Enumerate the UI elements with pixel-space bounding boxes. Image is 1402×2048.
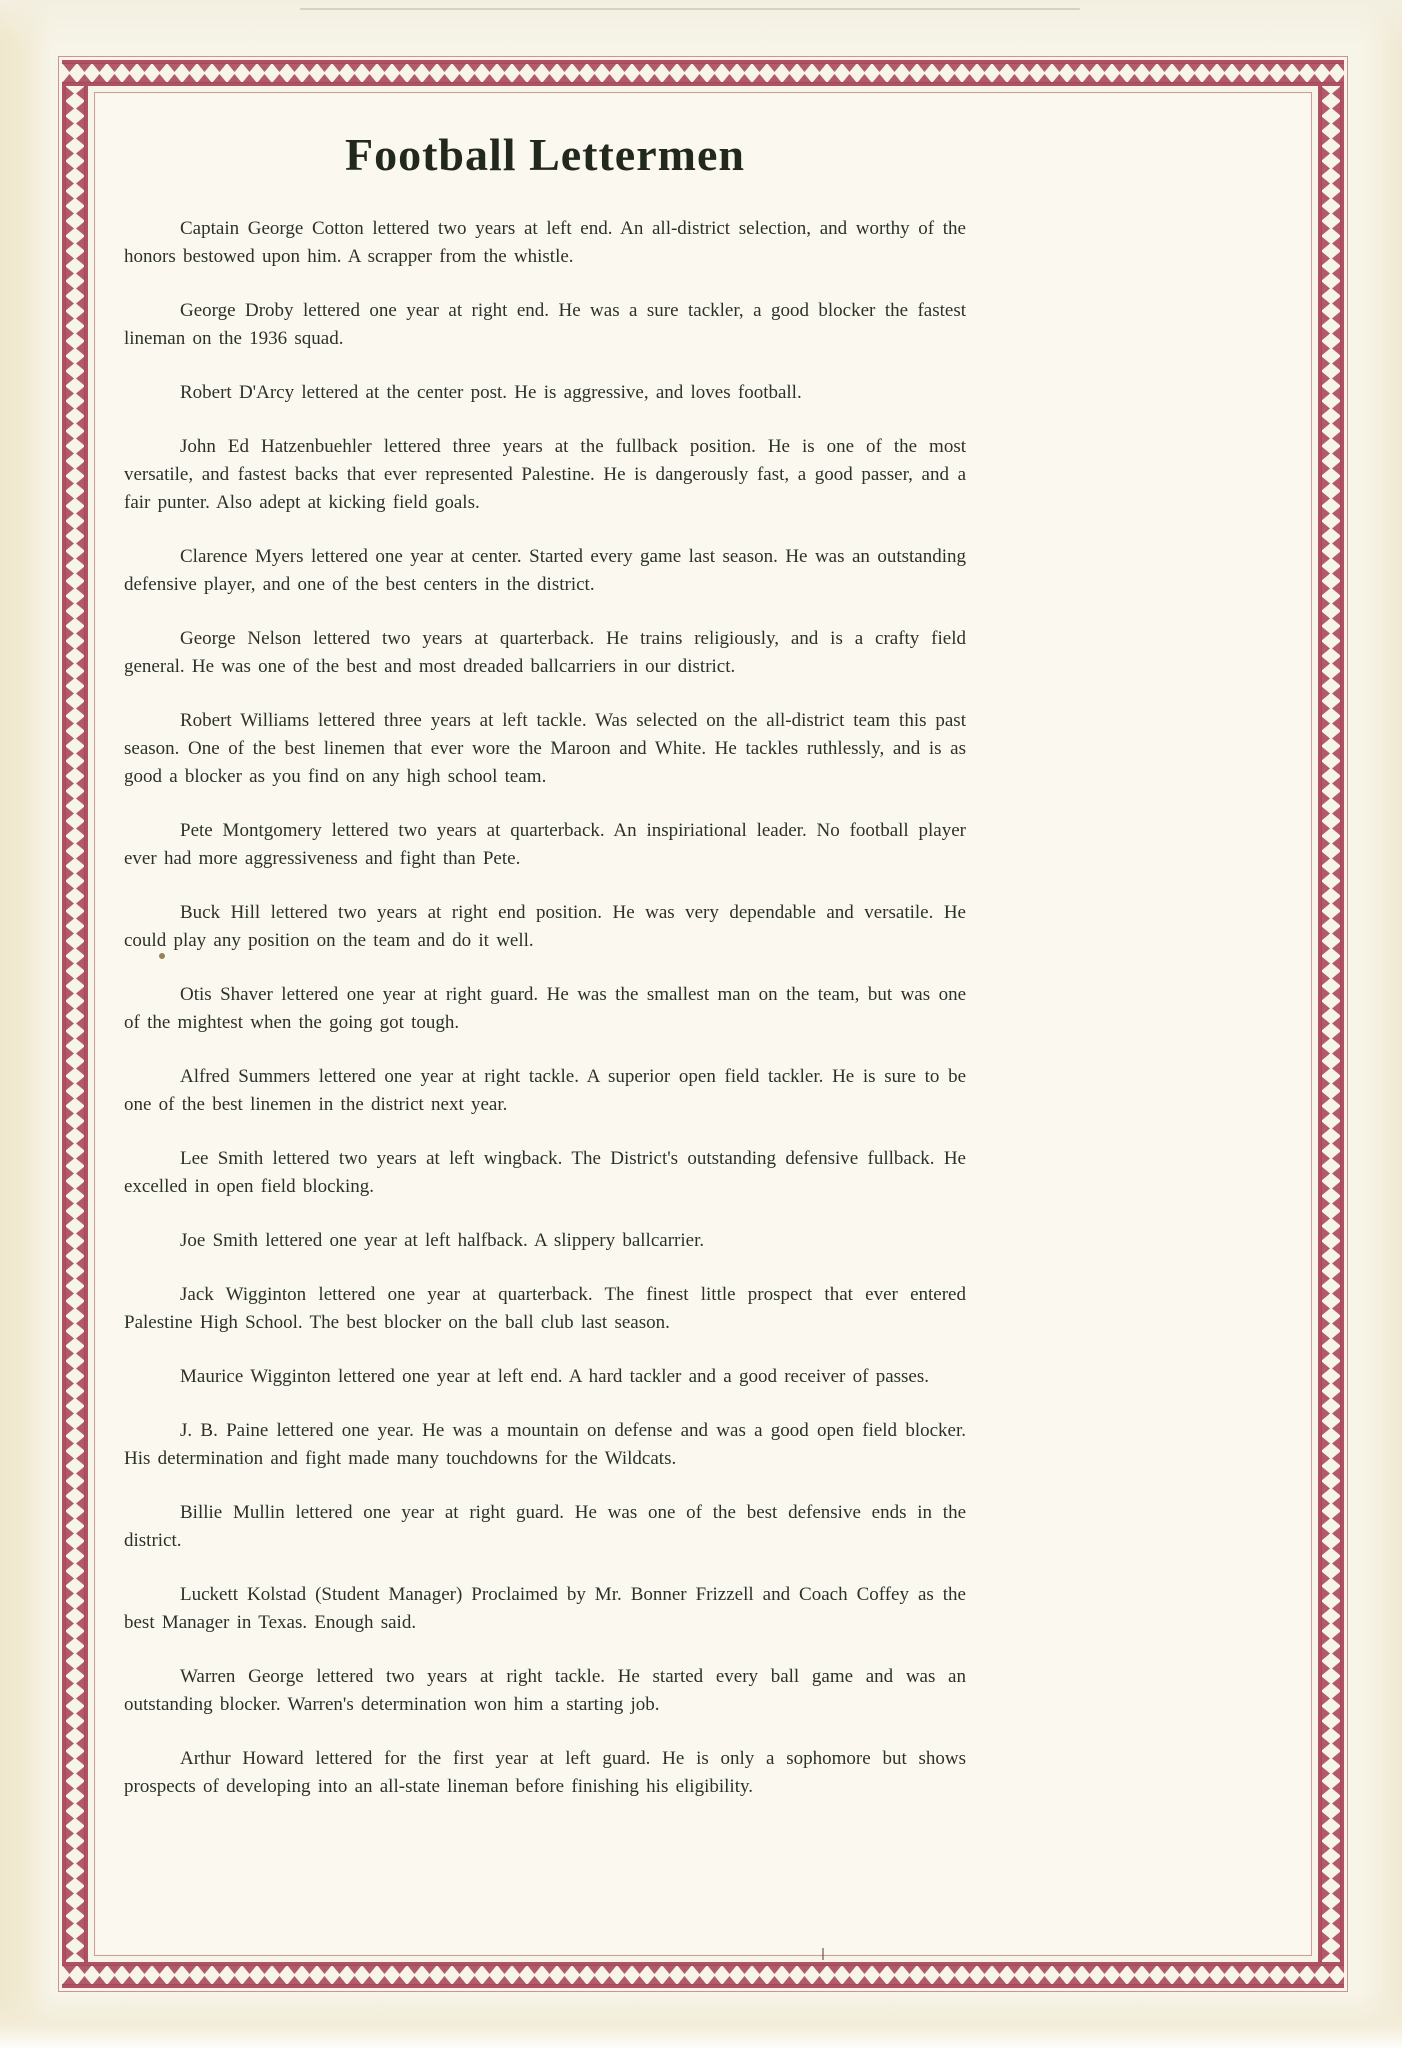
letterman-paragraph-joe-smith: Joe Smith lettered one year at left half…: [124, 1227, 966, 1255]
letterman-paragraph-billie-mullin: Billie Mullin lettered one year at right…: [124, 1499, 966, 1555]
letterman-paragraph-lee-smith: Lee Smith lettered two years at left win…: [124, 1145, 966, 1201]
scan-edge-left: [0, 0, 52, 2048]
lace-border-bottom-icon: [62, 1962, 1344, 1988]
ink-speck: [159, 953, 165, 959]
lace-border-right-icon: [1318, 86, 1344, 1962]
letterman-paragraph-pete-montgomery: Pete Montgomery lettered two years at qu…: [124, 817, 966, 873]
letterman-paragraph-john-ed-hatzenbuehler: John Ed Hatzenbuehler lettered three yea…: [124, 433, 966, 517]
letterman-paragraph-jb-paine: J. B. Paine lettered one year. He was a …: [124, 1417, 966, 1473]
letterman-paragraph-jack-wigginton: Jack Wigginton lettered one year at quar…: [124, 1281, 966, 1337]
scan-edge-top: [0, 0, 1402, 46]
lettermen-list: Captain George Cotton lettered two years…: [124, 215, 966, 1801]
letterman-paragraph-arthur-howard: Arthur Howard lettered for the first yea…: [124, 1745, 966, 1801]
letterman-paragraph-george-nelson: George Nelson lettered two years at quar…: [124, 625, 966, 681]
letterman-paragraph-robert-williams: Robert Williams lettered three years at …: [124, 707, 966, 791]
page-title: Football Lettermen: [124, 128, 966, 181]
letterman-paragraph-alfred-summers: Alfred Summers lettered one year at righ…: [124, 1063, 966, 1119]
letterman-paragraph-warren-george: Warren George lettered two years at righ…: [124, 1663, 966, 1719]
page-content: Football Lettermen Captain George Cotton…: [100, 96, 1304, 1827]
pen-tick-mark: [822, 1948, 824, 1960]
scan-edge-bottom: [0, 1992, 1402, 2048]
letterman-paragraph-robert-darcy: Robert D'Arcy lettered at the center pos…: [124, 379, 966, 407]
letterman-paragraph-maurice-wigginton: Maurice Wigginton lettered one year at l…: [124, 1363, 966, 1391]
letterman-paragraph-george-cotton: Captain George Cotton lettered two years…: [124, 215, 966, 271]
lace-border-top-icon: [62, 60, 1344, 86]
letterman-paragraph-buck-hill: Buck Hill lettered two years at right en…: [124, 899, 966, 955]
letterman-paragraph-clarence-myers: Clarence Myers lettered one year at cent…: [124, 543, 966, 599]
scan-scratch-line: [300, 8, 1080, 10]
yearbook-page: Football Lettermen Captain George Cotton…: [0, 0, 1402, 2048]
letterman-paragraph-george-droby: George Droby lettered one year at right …: [124, 297, 966, 353]
letterman-paragraph-luckett-kolstad: Luckett Kolstad (Student Manager) Procla…: [124, 1581, 966, 1637]
letterman-paragraph-otis-shaver: Otis Shaver lettered one year at right g…: [124, 981, 966, 1037]
scan-edge-right: [1362, 0, 1402, 2048]
lettermen-text-column: Football Lettermen Captain George Cotton…: [124, 128, 966, 1801]
lace-border-left-icon: [62, 86, 88, 1962]
